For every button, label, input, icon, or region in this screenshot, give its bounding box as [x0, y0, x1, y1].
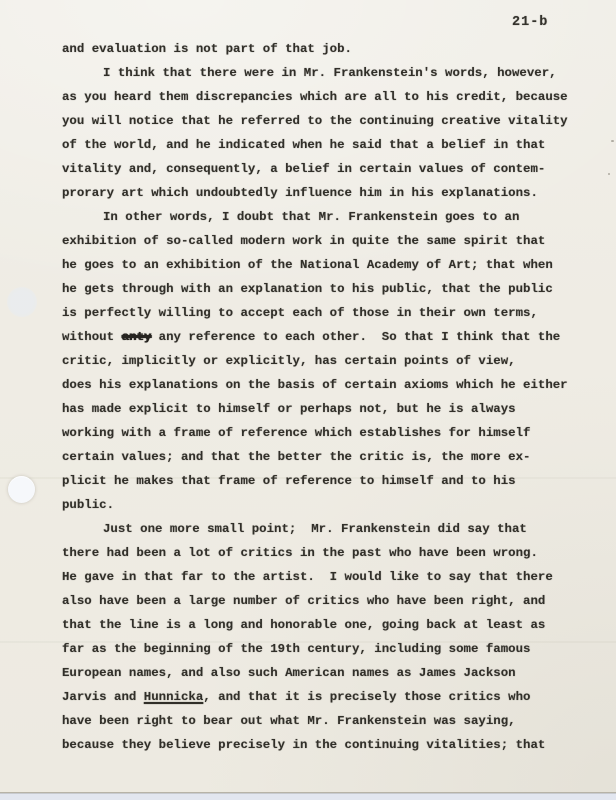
- text-line: plicit he makes that frame of reference …: [62, 469, 584, 493]
- text-line: there had been a lot of critics in the p…: [62, 541, 584, 565]
- typewritten-text-block: and evaluation is not part of that job.I…: [62, 37, 584, 757]
- text-line: working with a frame of reference which …: [62, 421, 584, 445]
- text-line: he gets through with an explanation to h…: [62, 277, 584, 301]
- hole-punch: [7, 287, 37, 317]
- scan-speck: [608, 173, 610, 175]
- text-line: of the world, and he indicated when he s…: [62, 133, 584, 157]
- text-line: exhibition of so-called modern work in q…: [62, 229, 584, 253]
- text-line: does his explanations on the basis of ce…: [62, 373, 584, 397]
- text-line: he goes to an exhibition of the National…: [62, 253, 584, 277]
- text-line: certain values; and that the better the …: [62, 445, 584, 469]
- text-line: I think that there were in Mr. Frankenst…: [62, 61, 584, 85]
- text-line: European names, and also such American n…: [62, 661, 584, 685]
- paper-sheet: 21-b and evaluation is not part of that …: [0, 0, 616, 793]
- text-line: and evaluation is not part of that job.: [62, 37, 584, 61]
- text-line: In other words, I doubt that Mr. Franken…: [62, 205, 584, 229]
- text-line: vitality and, consequently, a belief in …: [62, 157, 584, 181]
- page-number: 21-b: [512, 15, 548, 30]
- text-line: that the line is a long and honorable on…: [62, 613, 584, 637]
- text-line: because they believe precisely in the co…: [62, 733, 584, 757]
- scan-speck: [611, 140, 614, 142]
- text-line: critic, implicitly or explicitly, has ce…: [62, 349, 584, 373]
- underlined-word: Hunnicka: [144, 690, 204, 704]
- text-line: also have been a large number of critics…: [62, 589, 584, 613]
- text-line: public.: [62, 493, 584, 517]
- text-line: Jarvis and Hunnicka, and that it is prec…: [62, 685, 584, 709]
- text-line: He gave in that far to the artist. I wou…: [62, 565, 584, 589]
- text-line: is perfectly willing to accept each of t…: [62, 301, 584, 325]
- text-line: as you heard them discrepancies which ar…: [62, 85, 584, 109]
- text-line: has made explicit to himself or perhaps …: [62, 397, 584, 421]
- text-line: Just one more small point; Mr. Frankenst…: [62, 517, 584, 541]
- text-line: prorary art which undoubtedly influence …: [62, 181, 584, 205]
- hole-punch: [8, 476, 35, 503]
- text-line: far as the beginning of the 19th century…: [62, 637, 584, 661]
- text-line: have been right to bear out what Mr. Fra…: [62, 709, 584, 733]
- struck-out-word: anty: [122, 330, 152, 344]
- text-line: you will notice that he referred to the …: [62, 109, 584, 133]
- text-line: without anty any reference to each other…: [62, 325, 584, 349]
